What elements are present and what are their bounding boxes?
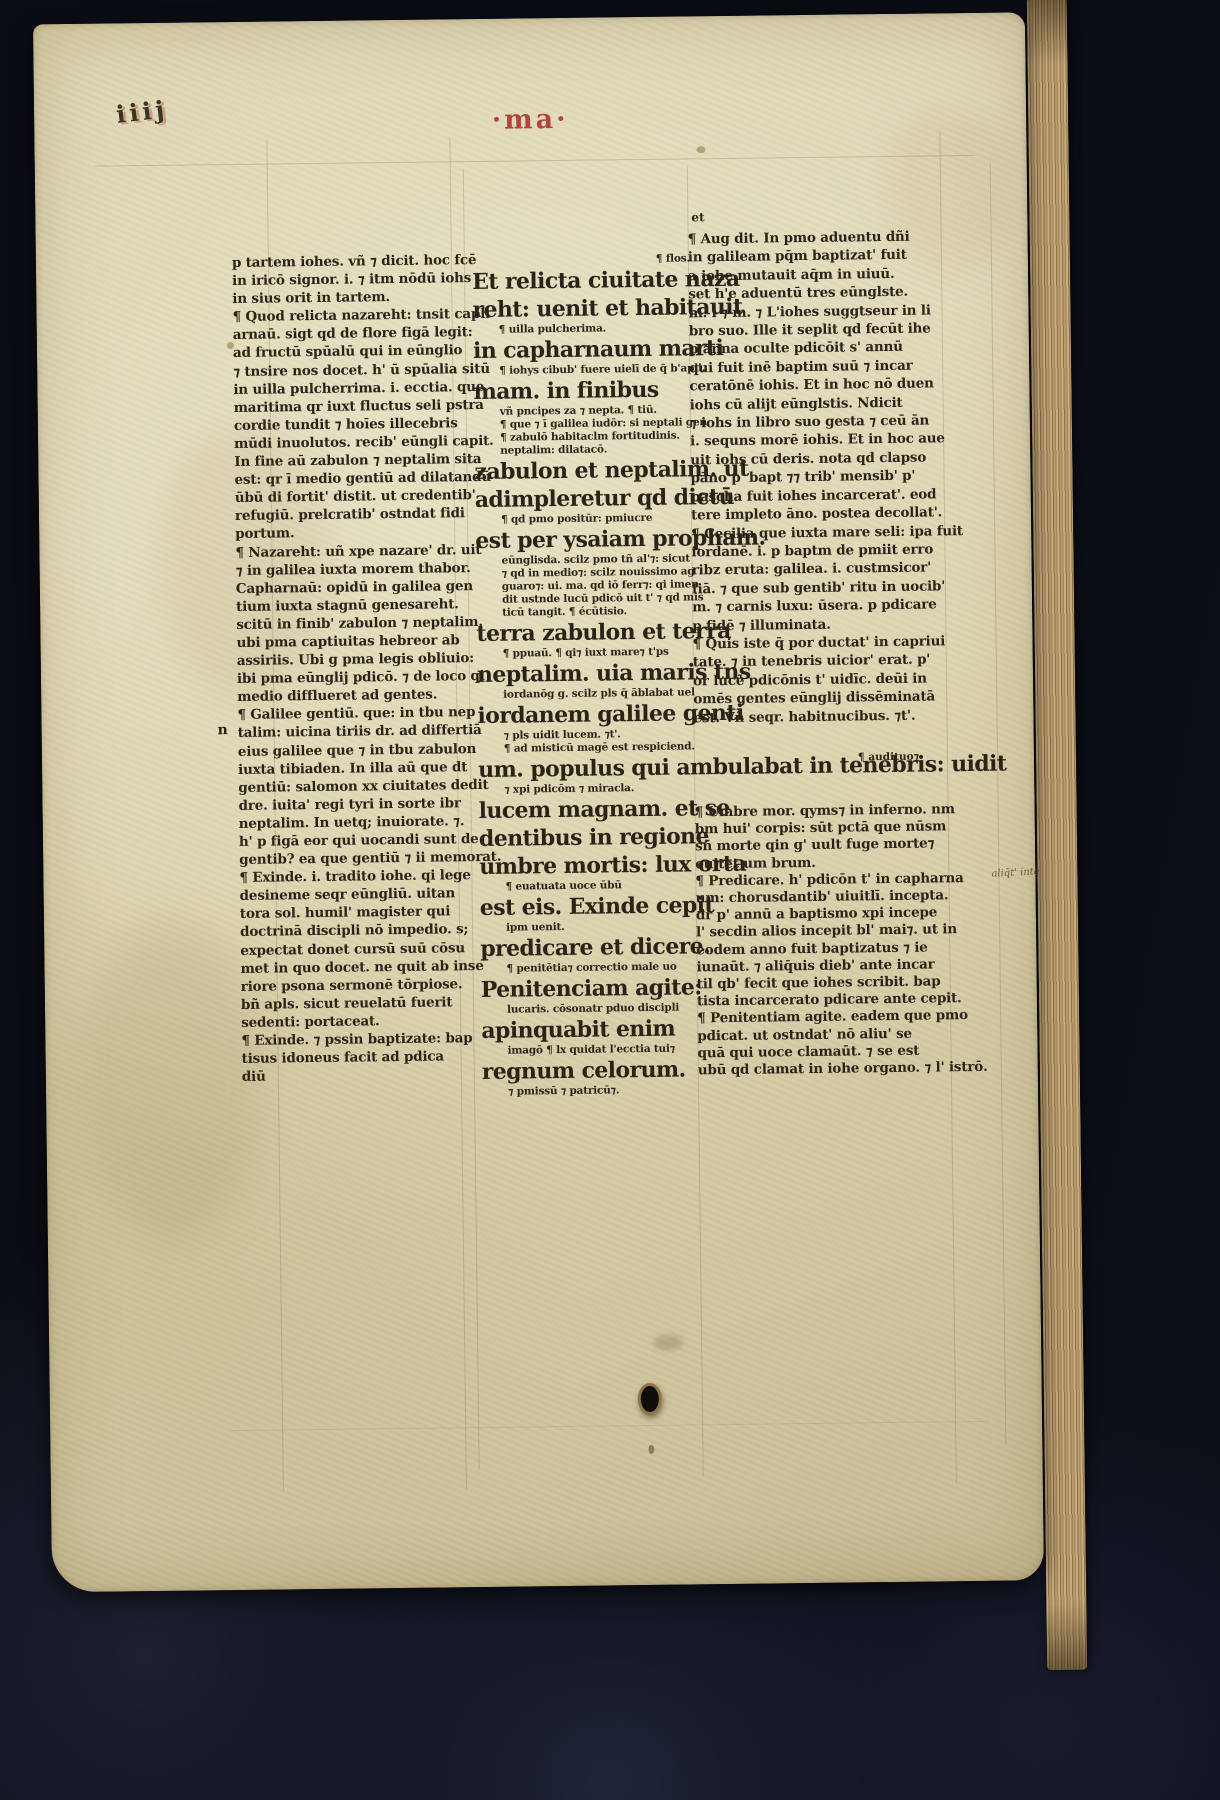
commentary-line: ad fructū spūalū qui in eūnglio [233, 342, 469, 363]
commentary-line: ubū qd clamat in iohe organo. ⁊ l' istrō… [698, 1058, 1024, 1079]
commentary-line: tisus idoneus facit ad pdica [242, 1047, 478, 1068]
manuscript-photo: iiij ·ma· et n ¶ audituo⁊ aliq̄t' inte p… [0, 0, 1220, 1800]
gospel-line: Et relicta ciuitate naza [472, 265, 724, 296]
parchment-stain [653, 1335, 683, 1351]
gospel-line: adimpleretur qd dictū [475, 483, 727, 514]
gloss-line: ⁊ pmissū ⁊ patricū⁊. [482, 1083, 734, 1099]
parchment-stain [74, 922, 268, 1244]
gospel-line: regnum celorum. [482, 1055, 734, 1086]
left-commentary-column: p tartem iohes. vñ ⁊ dicit. hoc fcēin ir… [232, 251, 478, 1086]
running-title: ·ma· [34, 98, 1026, 141]
commentary-line: ¶ Nazareht: uñ xpe nazare' dr. uit [235, 541, 471, 562]
gospel-line: reht: uenit et habitauit [472, 293, 724, 324]
gospel-line: terra zabulon et terra [476, 617, 728, 648]
gospel-line: neptalim. uia maris tns [477, 658, 729, 689]
commentary-line: diū [242, 1065, 478, 1086]
gospel-line: umbre mortis: lux orta [479, 850, 731, 881]
right-commentary-column-upper: ¶ Aug dit. In pmo aduentu dñiin galileam… [688, 226, 1016, 727]
gospel-line: in capharnaum marti [473, 334, 725, 365]
margin-letter: n [218, 722, 228, 738]
gospel-line: zabulon et neptalim. ut [474, 455, 726, 486]
commentary-line: bñ apls. sicut reuelatū fuerit [241, 993, 477, 1014]
gospel-line: est per ysaiam propham. [475, 524, 727, 555]
commentary-line: doctrinā discipli nō impedio. s; [240, 921, 476, 942]
gospel-line: lucem magnam. et se [478, 794, 730, 825]
gospel-line: iordanem galilee genti [477, 699, 729, 730]
commentary-line: in iricō signor. i. ⁊ itm nōdū iohs [232, 269, 468, 290]
commentary-line: ibi pma eūnglij pdicō. ⁊ de loco qi [237, 667, 473, 688]
gospel-line: Penitenciam agite: [481, 973, 733, 1004]
gospel-line: apinquabit enim [481, 1014, 733, 1045]
gospel-line: est eis. Exinde cepit [480, 891, 732, 922]
gospel-line: um. populus qui ambulabat in tenebris: u… [478, 749, 1053, 784]
gospel-line: dentibus in regione [479, 822, 731, 853]
parchment-hole [638, 1383, 662, 1415]
correction-mark: et [691, 210, 704, 224]
gospel-line: predicare et dicere. [480, 932, 732, 963]
right-commentary-column-lower: ¶ Umbre mor. qyms⁊ in inferno. nmbm hui'… [695, 800, 1024, 1079]
gospel-line: mam. in finibus [473, 375, 725, 406]
ink-spot [648, 1445, 654, 1454]
commentary-line: ⁊ tnsire nos docet. h' ū spūalia sitū [233, 360, 469, 381]
commentary-line: est. Vñ seqr. habitnucibus. ⁊t'. [693, 705, 1015, 727]
manuscript-page: iiij ·ma· et n ¶ audituo⁊ aliq̄t' inte p… [33, 12, 1044, 1592]
commentary-line: talim: uicina tiriis dr. ad differtiā [238, 722, 474, 743]
ink-spot [697, 146, 706, 153]
ruling-line [95, 155, 975, 167]
commentary-line: expectat donet cursū suū cōsu [240, 939, 476, 960]
commentary-line: refugiū. prelcratib' ostndat fidi [235, 504, 471, 525]
ruling-line [230, 1421, 990, 1431]
commentary-line: eius galilee que ⁊ in tbu zabulon [238, 740, 474, 761]
photo-rotation-wrapper: iiij ·ma· et n ¶ audituo⁊ aliq̄t' inte p… [33, 0, 1093, 1690]
